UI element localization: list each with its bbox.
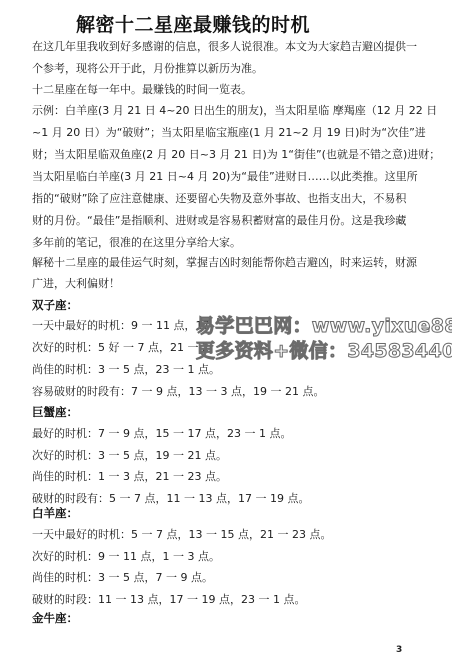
section-line: 次好的时机：9 一 11 点，1 一 3 点。 [32, 550, 220, 564]
example-line: 财的月份。“最佳”是指顺利、进财或是容易积蓄财富的最佳月份。这是我珍藏 [32, 214, 406, 228]
example-line: 广进，大利偏财！ [32, 277, 120, 291]
section-line: 最好的时机：7 一 9 点，15 一 17 点，23 一 1 点。 [32, 427, 291, 441]
section-heading-aries: 白羊座： [32, 506, 78, 520]
intro-line: 在这几年里我收到好多感谢的信息，很多人说很准。本文为大家趋吉避凶提供一 [32, 40, 417, 54]
section-line: 尚佳的时机：3 一 5 点，7 一 9 点。 [32, 571, 213, 585]
example-line: 示例：白羊座(3 月 21 日 4~20 日出生的朋友)，当太阳星临 摩羯座（1… [32, 104, 437, 118]
section-line: 破财的时段：11 一 13 点，17 一 19 点，23 一 1 点。 [32, 593, 305, 607]
section-line: 次好的时机：5 好 一 7 点，21 一 2 [32, 341, 209, 355]
section-line: 次好的时机：3 一 5 点，19 一 21 点。 [32, 449, 227, 463]
intro-line: 十二星座在每一年中。最赚钱的时间一览表。 [32, 83, 252, 97]
section-line: 一天中最好的时机：9 一 11 点，17 [32, 319, 209, 333]
example-line: 当太阳星临白羊座(3 月 21 日~4 月 20)为“最佳”进财日……以此类推。… [32, 170, 418, 184]
section-line: 尚佳的时机：1 一 3 点，21 一 23 点。 [32, 470, 227, 484]
section-line: 容易破财的时段有：7 一 9 点，13 一 3 点，19 一 21 点。 [32, 385, 324, 399]
intro-line: 个参考，现将公开于此，月份推算以新历为准。 [32, 62, 263, 76]
example-line: 指的“破财”除了应注意健康、还要留心失物及意外事故、也指支出大，不易积 [32, 192, 406, 206]
section-heading-taurus: 金牛座： [32, 611, 78, 625]
example-line: 多年前的笔记，很准的在这里分享给大家。 [32, 236, 241, 250]
example-line: 解秘十二星座的最佳运气时刻，掌握吉凶时刻能帮你趋吉避凶，时来运转，财源 [32, 256, 417, 270]
document-title: 解密十二星座最赚钱的时机 [76, 10, 310, 37]
section-heading-gemini: 双子座： [32, 298, 78, 312]
section-line: 破财的时段有：5 一 7 点，11 一 13 点，17 一 19 点。 [32, 492, 309, 506]
section-heading-cancer: 巨蟹座： [32, 405, 78, 419]
section-line: 尚佳的时机：3 一 5 点，23 一 1 点。 [32, 363, 220, 377]
watermark-site: 易学巴巴网：www.yixue88.cn [196, 311, 452, 338]
page-number: 3 [396, 645, 402, 655]
section-line: 一天中最好的时机：5 一 7 点，13 一 15 点，21 一 23 点。 [32, 528, 331, 542]
document-page: 解密十二星座最赚钱的时机 在这几年里我收到好多感谢的信息，很多人说很准。本文为大… [0, 0, 452, 672]
example-line: 财；当太阳星临双鱼座(2 月 20 日~3 月 21 日)为 1“街佳”(也就是… [32, 148, 440, 162]
example-line: ~1 月 20 日）为“破财”；当太阳星临宝瓶座(1 月 21~2 月 19 日… [32, 126, 426, 140]
watermark-wechat: 更多资料+微信：3458344044 [196, 336, 452, 363]
